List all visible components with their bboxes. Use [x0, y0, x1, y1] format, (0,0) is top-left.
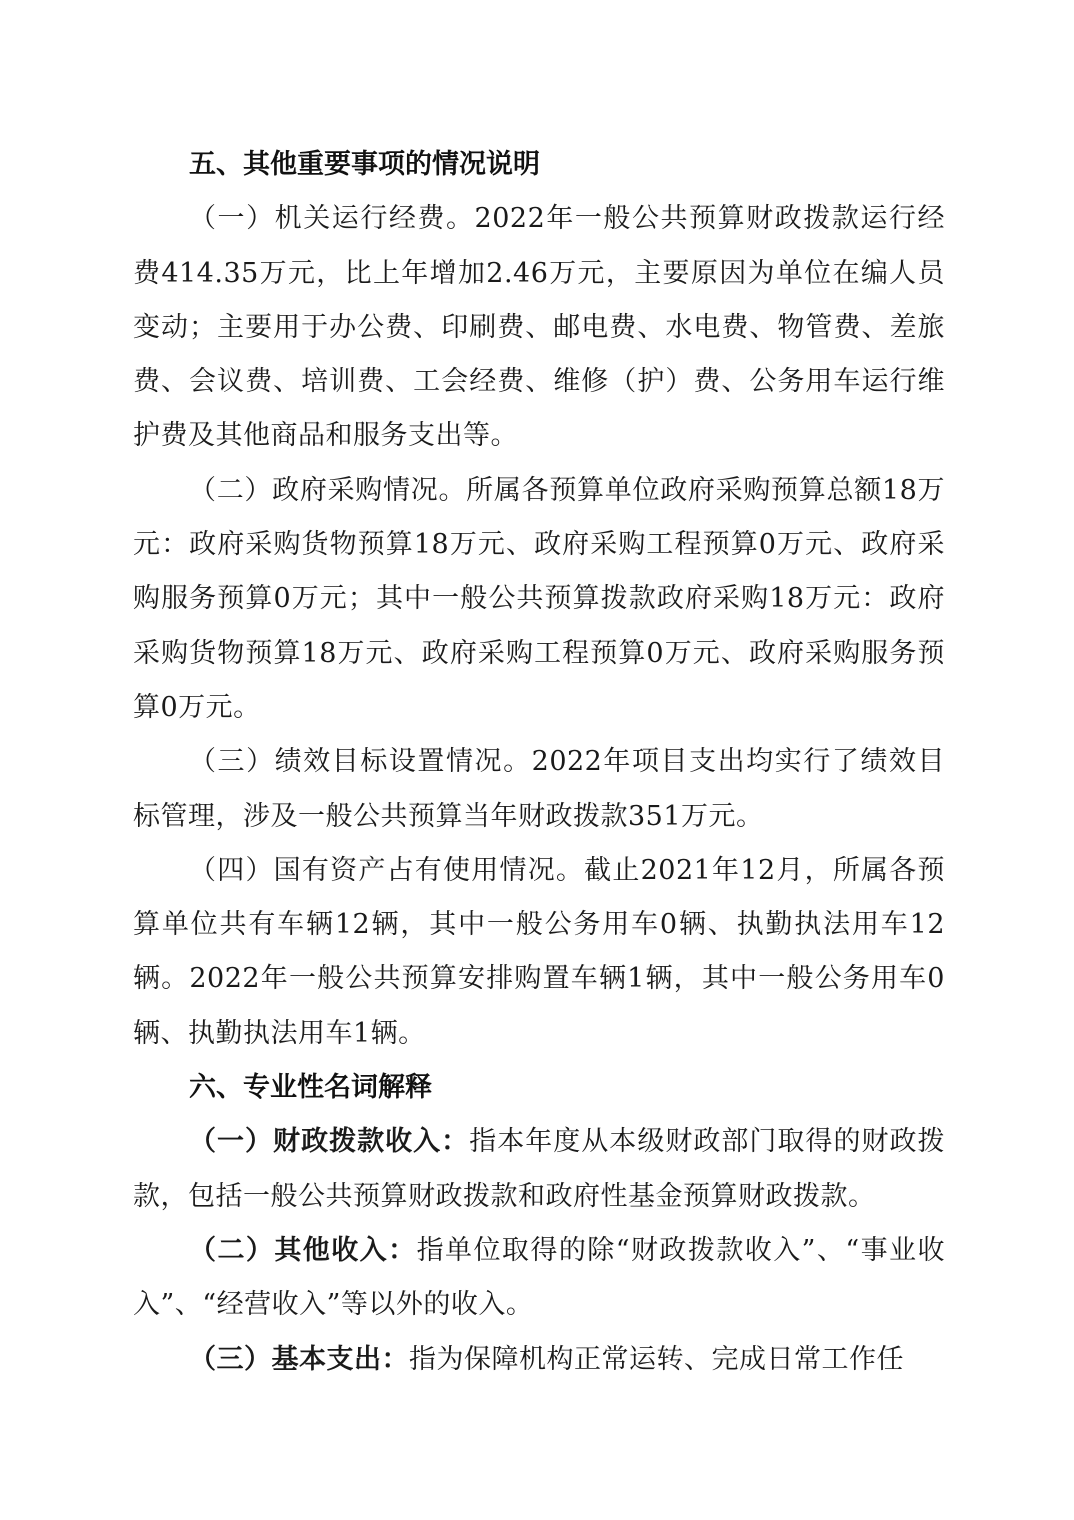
paragraph-text: 所属各预算单位政府采购预算总额18万元：政府采购货物预算18万元、政府采购工程预… [133, 475, 945, 723]
paragraph-term-fiscal-appropriation: （一）财政拨款收入：指本年度从本级财政部门取得的财政拨款，包括一般公共预算财政拨… [133, 1115, 945, 1224]
paragraph-term-other-income: （二）其他收入：指单位取得的除“财政拨款收入”、“事业收入”、“经营收入”等以外… [133, 1224, 945, 1333]
document-page: 五、其他重要事项的情况说明 （一）机关运行经费。2022年一般公共预算财政拨款运… [133, 138, 945, 1387]
term-label: （三）基本支出： [189, 1344, 409, 1375]
term-label: （一）财政拨款收入： [189, 1126, 469, 1157]
paragraph-lead: （一）机关运行经费。 [189, 203, 475, 234]
term-definition: 指为保障机构正常运转、完成日常工作任 [409, 1344, 904, 1375]
paragraph-performance-targets: （三）绩效目标设置情况。2022年项目支出均实行了绩效目标管理，涉及一般公共预算… [133, 735, 945, 844]
paragraph-lead: （二）政府采购情况。 [189, 475, 466, 506]
paragraph-term-basic-expenditure: （三）基本支出：指为保障机构正常运转、完成日常工作任 [133, 1333, 945, 1387]
paragraph-state-assets: （四）国有资产占有使用情况。截止2021年12月，所属各预算单位共有车辆12辆，… [133, 844, 945, 1061]
section-heading-terminology: 六、专业性名词解释 [133, 1061, 945, 1115]
section-heading-other-matters: 五、其他重要事项的情况说明 [133, 138, 945, 192]
paragraph-operating-expenses: （一）机关运行经费。2022年一般公共预算财政拨款运行经费414.35万元，比上… [133, 192, 945, 463]
paragraph-government-procurement: （二）政府采购情况。所属各预算单位政府采购预算总额18万元：政府采购货物预算18… [133, 464, 945, 735]
paragraph-text: 2022年一般公共预算财政拨款运行经费414.35万元，比上年增加2.46万元，… [133, 203, 945, 451]
paragraph-lead: （三）绩效目标设置情况。 [189, 746, 532, 777]
term-label: （二）其他收入： [189, 1235, 417, 1266]
paragraph-lead: （四）国有资产占有使用情况。 [189, 855, 584, 886]
